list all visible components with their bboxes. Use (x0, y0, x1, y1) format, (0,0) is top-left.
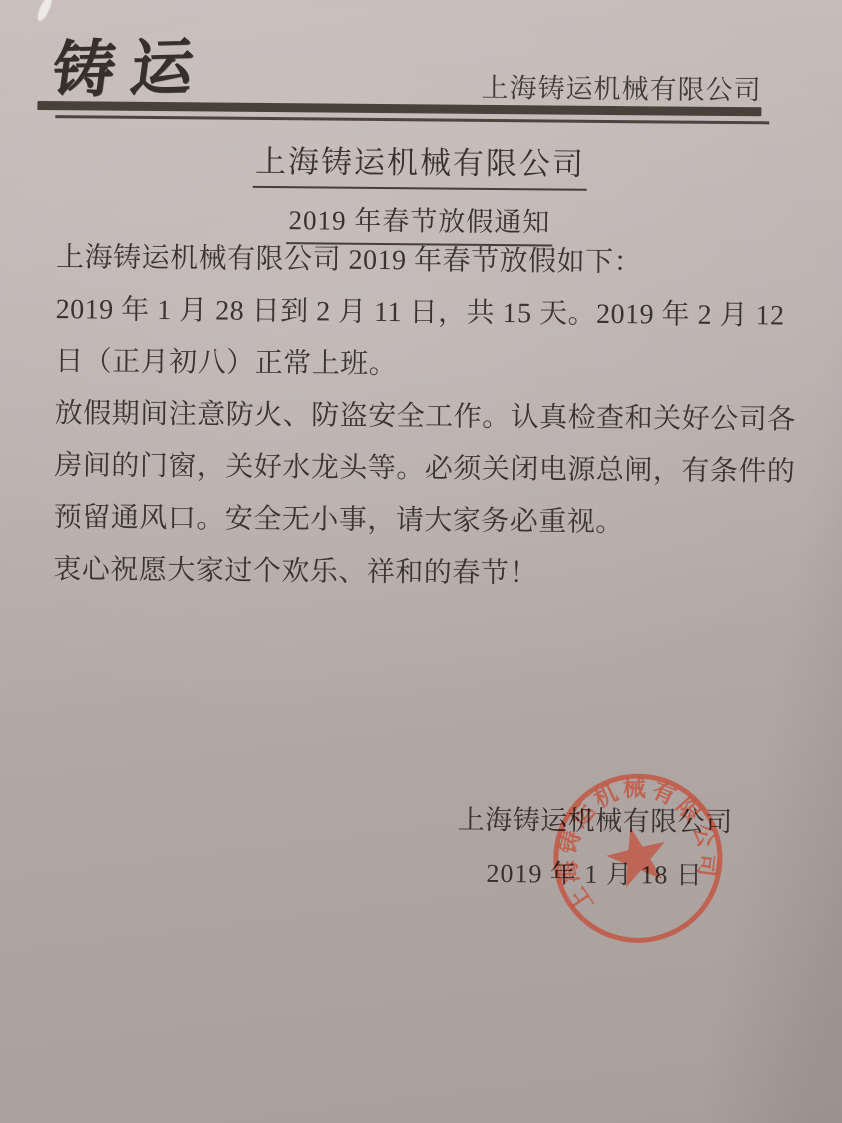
body-line: 2019 年 1 月 28 日到 2 月 11 日，共 15 天。2019 年 … (55, 284, 815, 343)
body-line: 日（正月初八）正常上班。 (55, 336, 815, 395)
photographed-document: 铸运 上海铸运机械有限公司 上海铸运机械有限公司 2019 年春节放假通知 上海… (0, 0, 842, 1123)
body-line: 上海铸运机械有限公司 2019 年春节放假如下： (56, 232, 816, 291)
notice-body: 上海铸运机械有限公司 2019 年春节放假如下： 2019 年 1 月 28 日… (53, 232, 816, 603)
letterhead-rule-thin (55, 115, 769, 124)
body-line: 放假期间注意防火、防盗安全工作。认真检查和关好公司各 (55, 388, 815, 447)
body-line: 衷心祝愿大家过个欢乐、祥和的春节！ (53, 544, 813, 603)
body-line: 预留通风口。安全无小事，请大家务必重视。 (54, 492, 814, 551)
body-line: 房间的门窗，关好水龙头等。必须关闭电源总闸，有条件的 (54, 440, 814, 499)
letterhead-company-name: 上海铸运机械有限公司 (399, 65, 761, 107)
document-title-text: 上海铸运机械有限公司 (253, 136, 587, 191)
document-title: 上海铸运机械有限公司 (0, 134, 841, 193)
company-logo-calligraphy: 铸运 (48, 17, 217, 110)
seal-star-icon (601, 820, 673, 890)
company-seal-stamp: 上海铸运机械有限公司 (531, 751, 746, 966)
document-content: 铸运 上海铸运机械有限公司 上海铸运机械有限公司 2019 年春节放假通知 上海… (0, 0, 842, 1123)
